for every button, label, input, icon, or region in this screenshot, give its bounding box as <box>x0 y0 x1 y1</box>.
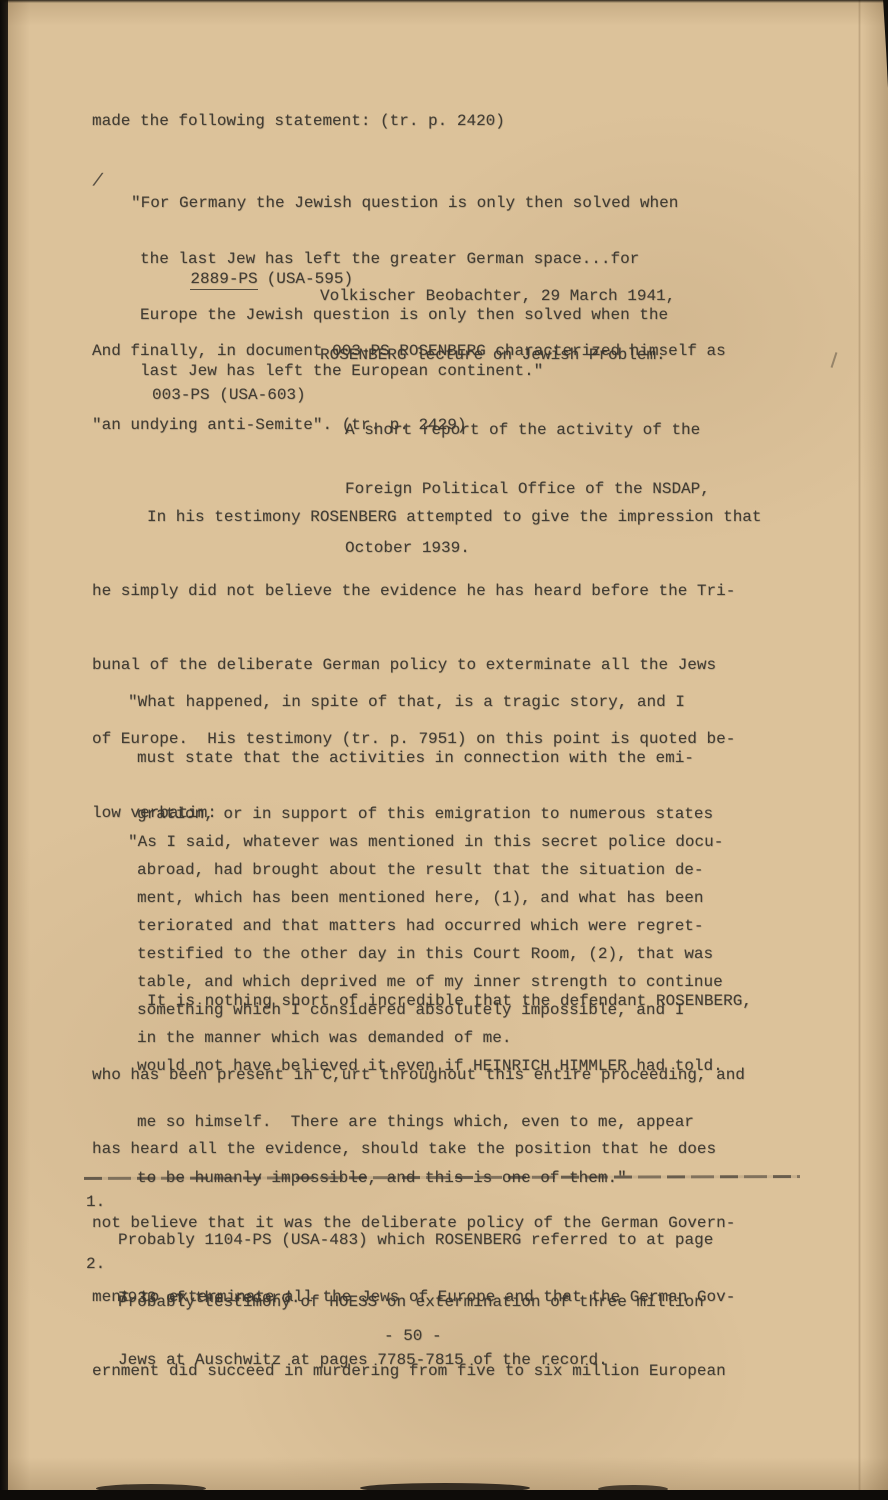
paragraph-line: In his testimony ROSENBERG attempted to … <box>92 498 762 536</box>
quote-line: "What happened, in spite of that, is a t… <box>128 692 723 712</box>
document-number-underlined: 2889-PS <box>190 270 257 290</box>
paragraph-line: And finally, in document 003-PS ROSENBER… <box>92 332 726 370</box>
paragraph-line: has heard all the evidence, should take … <box>92 1130 752 1168</box>
scan-frame-top-edge <box>0 0 888 3</box>
paragraph-line: who has been present in C,urt throughout… <box>92 1056 752 1094</box>
quote-line: must state that the activities in connec… <box>137 748 723 768</box>
scanned-document-page: made the following statement: (tr. p. 24… <box>0 0 888 1500</box>
citation-line: A short report of the activity of the <box>345 419 710 442</box>
quote-line: ment, which has been mentioned here, (1)… <box>137 888 723 908</box>
footnote-line: Jews at Auschwitz at pages 7785-7815 of … <box>118 1349 704 1371</box>
quote-line: "As I said, whatever was mentioned in th… <box>128 832 723 852</box>
quote-line: "For Germany the Jewish question is only… <box>131 193 678 213</box>
intro-line: made the following statement: (tr. p. 24… <box>92 112 505 130</box>
footnote-1-number: 1. <box>86 1193 105 1211</box>
paragraph-line: It is nothing short of incredible that t… <box>92 982 752 1020</box>
scan-frame-bottom-edge <box>0 1490 888 1500</box>
footnote-2-number: 2. <box>86 1255 105 1273</box>
footnote-line: Probably 1104-PS (USA-483) which ROSENBE… <box>118 1229 713 1251</box>
citation-003ps: 003-PS (USA-603) <box>152 386 306 404</box>
scan-frame-left-edge <box>0 0 8 1500</box>
paper-crease <box>858 0 861 1491</box>
footnote-line: Probably testimony of HOESS on extermina… <box>118 1291 704 1313</box>
page-number: - 50 - <box>384 1327 442 1345</box>
paragraph-line: he simply did not believe the evidence h… <box>92 572 762 610</box>
